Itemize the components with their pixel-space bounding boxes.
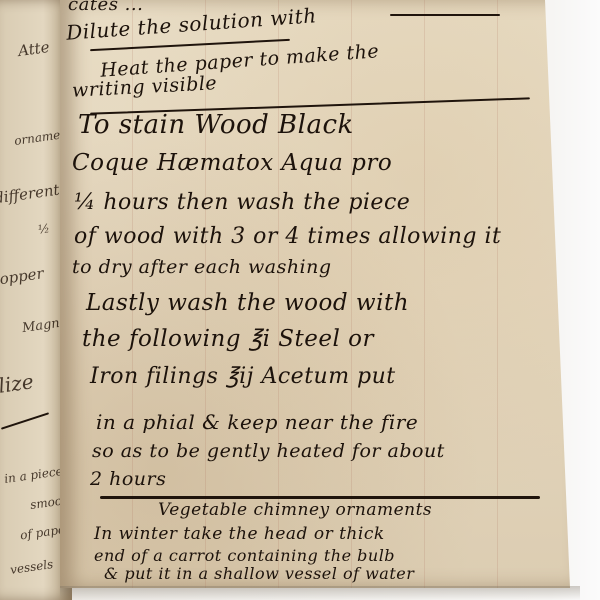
- ink-rule: [390, 14, 500, 16]
- text-line: Coque Hæmatox Aqua pro: [72, 150, 392, 176]
- left-page-text: different: [0, 181, 61, 208]
- left-page-text: Copper: [0, 264, 45, 290]
- text-line: of wood with 3 or 4 times allowing it: [74, 224, 501, 249]
- left-page-rule: [1, 412, 49, 429]
- text-line: Lastly wash the wood with: [86, 290, 409, 316]
- text-line: Vegetable chimney ornaments: [158, 500, 432, 520]
- page-shadow: [60, 586, 580, 600]
- left-page-text: in a piece: [3, 464, 63, 486]
- recipe-heading: To stain Wood Black: [78, 110, 354, 140]
- text-line: in a phial & keep near the fire: [96, 410, 418, 434]
- text-line: cates ...: [68, 0, 143, 15]
- left-page-text: Atte: [17, 38, 51, 60]
- text-line: end of a carrot containing the bulb: [94, 546, 395, 565]
- left-page-text: ½: [37, 221, 50, 236]
- text-line: In winter take the head or thick: [94, 524, 385, 544]
- text-line: the following ℥i Steel or: [82, 326, 374, 352]
- text-line: 2 hours: [90, 468, 166, 490]
- left-page-text: llize: [0, 369, 35, 399]
- text-line: to dry after each washing: [72, 256, 332, 278]
- text-line: & put it in a shallow vessel of water: [104, 564, 414, 583]
- text-line: Iron filings ℥ij Acetum put: [90, 364, 396, 389]
- ink-rule: [100, 496, 540, 499]
- text-line: so as to be gently heated for about: [92, 440, 445, 462]
- left-page-text: vessels: [9, 557, 54, 577]
- text-line: ¼ hours then wash the piece: [74, 190, 410, 215]
